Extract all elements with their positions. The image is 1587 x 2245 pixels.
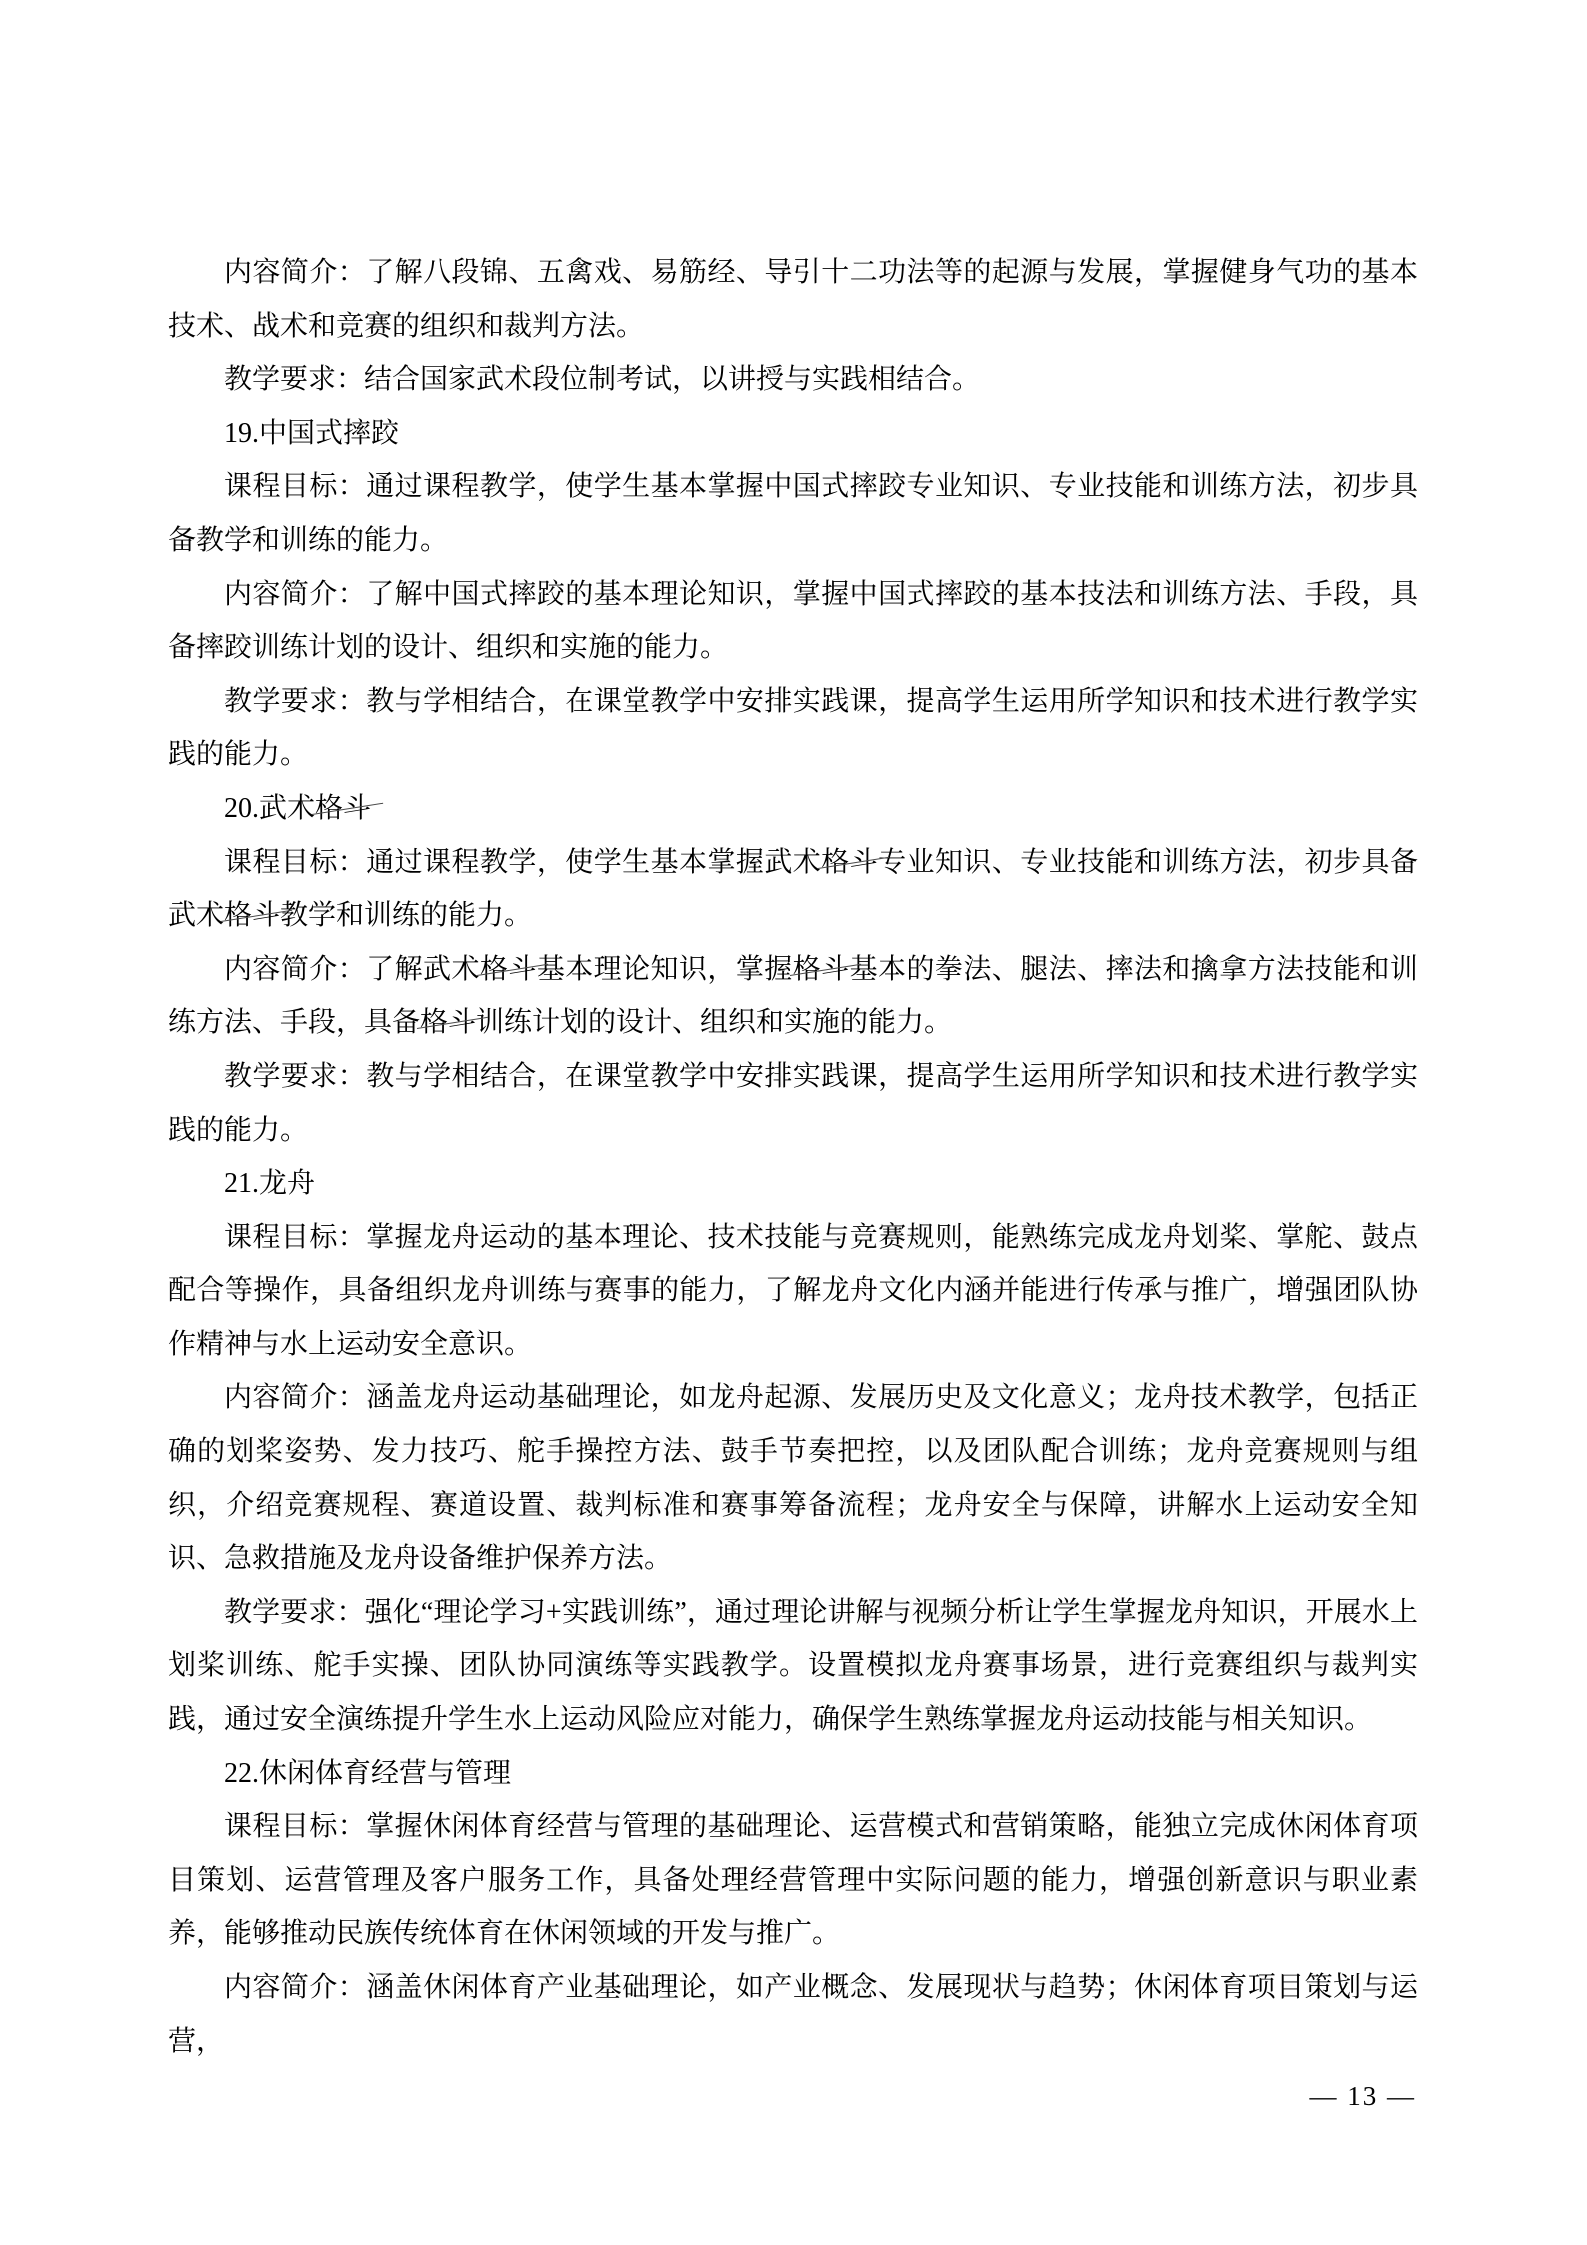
- document-body: 内容简介：了解八段锦、五禽戏、易筋经、导引十二功法等的起源与发展，掌握健身气功的…: [168, 246, 1418, 2068]
- paragraph: 内容简介：涵盖龙舟运动基础理论，如龙舟起源、发展历史及文化意义；龙舟技术教学，包…: [168, 1371, 1418, 1585]
- paragraph: 21.龙舟: [168, 1157, 1418, 1211]
- paragraph: 课程目标：掌握休闲体育经营与管理的基础理论、运营模式和营销策略，能独立完成休闲体…: [168, 1800, 1418, 1961]
- paragraph: 教学要求：结合国家武术段位制考试，以讲授与实践相结合。: [168, 353, 1418, 407]
- strike-marked-text: 格斗: [793, 954, 850, 985]
- paragraph: 课程目标：通过课程教学，使学生基本掌握武术格斗专业知识、专业技能和训练方法，初步…: [168, 836, 1418, 943]
- paragraph: 内容简介：了解中国式摔跤的基本理论知识，掌握中国式摔跤的基本技法和训练方法、手段…: [168, 568, 1418, 675]
- document-page: 内容简介：了解八段锦、五禽戏、易筋经、导引十二功法等的起源与发展，掌握健身气功的…: [0, 0, 1587, 2245]
- paragraph: 19.中国式摔跤: [168, 407, 1418, 461]
- paragraph: 教学要求：教与学相结合，在课堂教学中安排实践课，提高学生运用所学知识和技术进行教…: [168, 675, 1418, 782]
- paragraph: 20.武术格斗: [168, 782, 1418, 836]
- paragraph: 教学要求：教与学相结合，在课堂教学中安排实践课，提高学生运用所学知识和技术进行教…: [168, 1050, 1418, 1157]
- paragraph: 内容简介：了解八段锦、五禽戏、易筋经、导引十二功法等的起源与发展，掌握健身气功的…: [168, 246, 1418, 353]
- paragraph: 内容简介：了解武术格斗基本理论知识，掌握格斗基本的拳法、腿法、摔法和擒拿方法技能…: [168, 943, 1418, 1050]
- paragraph: 内容简介：涵盖休闲体育产业基础理论，如产业概念、发展现状与趋势；休闲体育项目策划…: [168, 1961, 1418, 2068]
- strike-marked-text: 格斗: [420, 1007, 476, 1038]
- strike-marked-text: 格斗: [315, 793, 371, 824]
- page-number: — 13 —: [1310, 2078, 1417, 2114]
- paragraph: 课程目标：通过课程教学，使学生基本掌握中国式摔跤专业知识、专业技能和训练方法，初…: [168, 460, 1418, 567]
- strike-marked-text: 格斗: [480, 954, 537, 985]
- strike-marked-text: 格斗: [224, 900, 280, 931]
- paragraph: 22.休闲体育经营与管理: [168, 1747, 1418, 1801]
- paragraph: 教学要求：强化“理论学习+实践训练”，通过理论讲解与视频分析让学生掌握龙舟知识，…: [168, 1586, 1418, 1747]
- paragraph: 课程目标：掌握龙舟运动的基本理论、技术技能与竞赛规则，能熟练完成龙舟划桨、掌舵、…: [168, 1211, 1418, 1372]
- strike-marked-text: 格斗: [821, 847, 878, 878]
